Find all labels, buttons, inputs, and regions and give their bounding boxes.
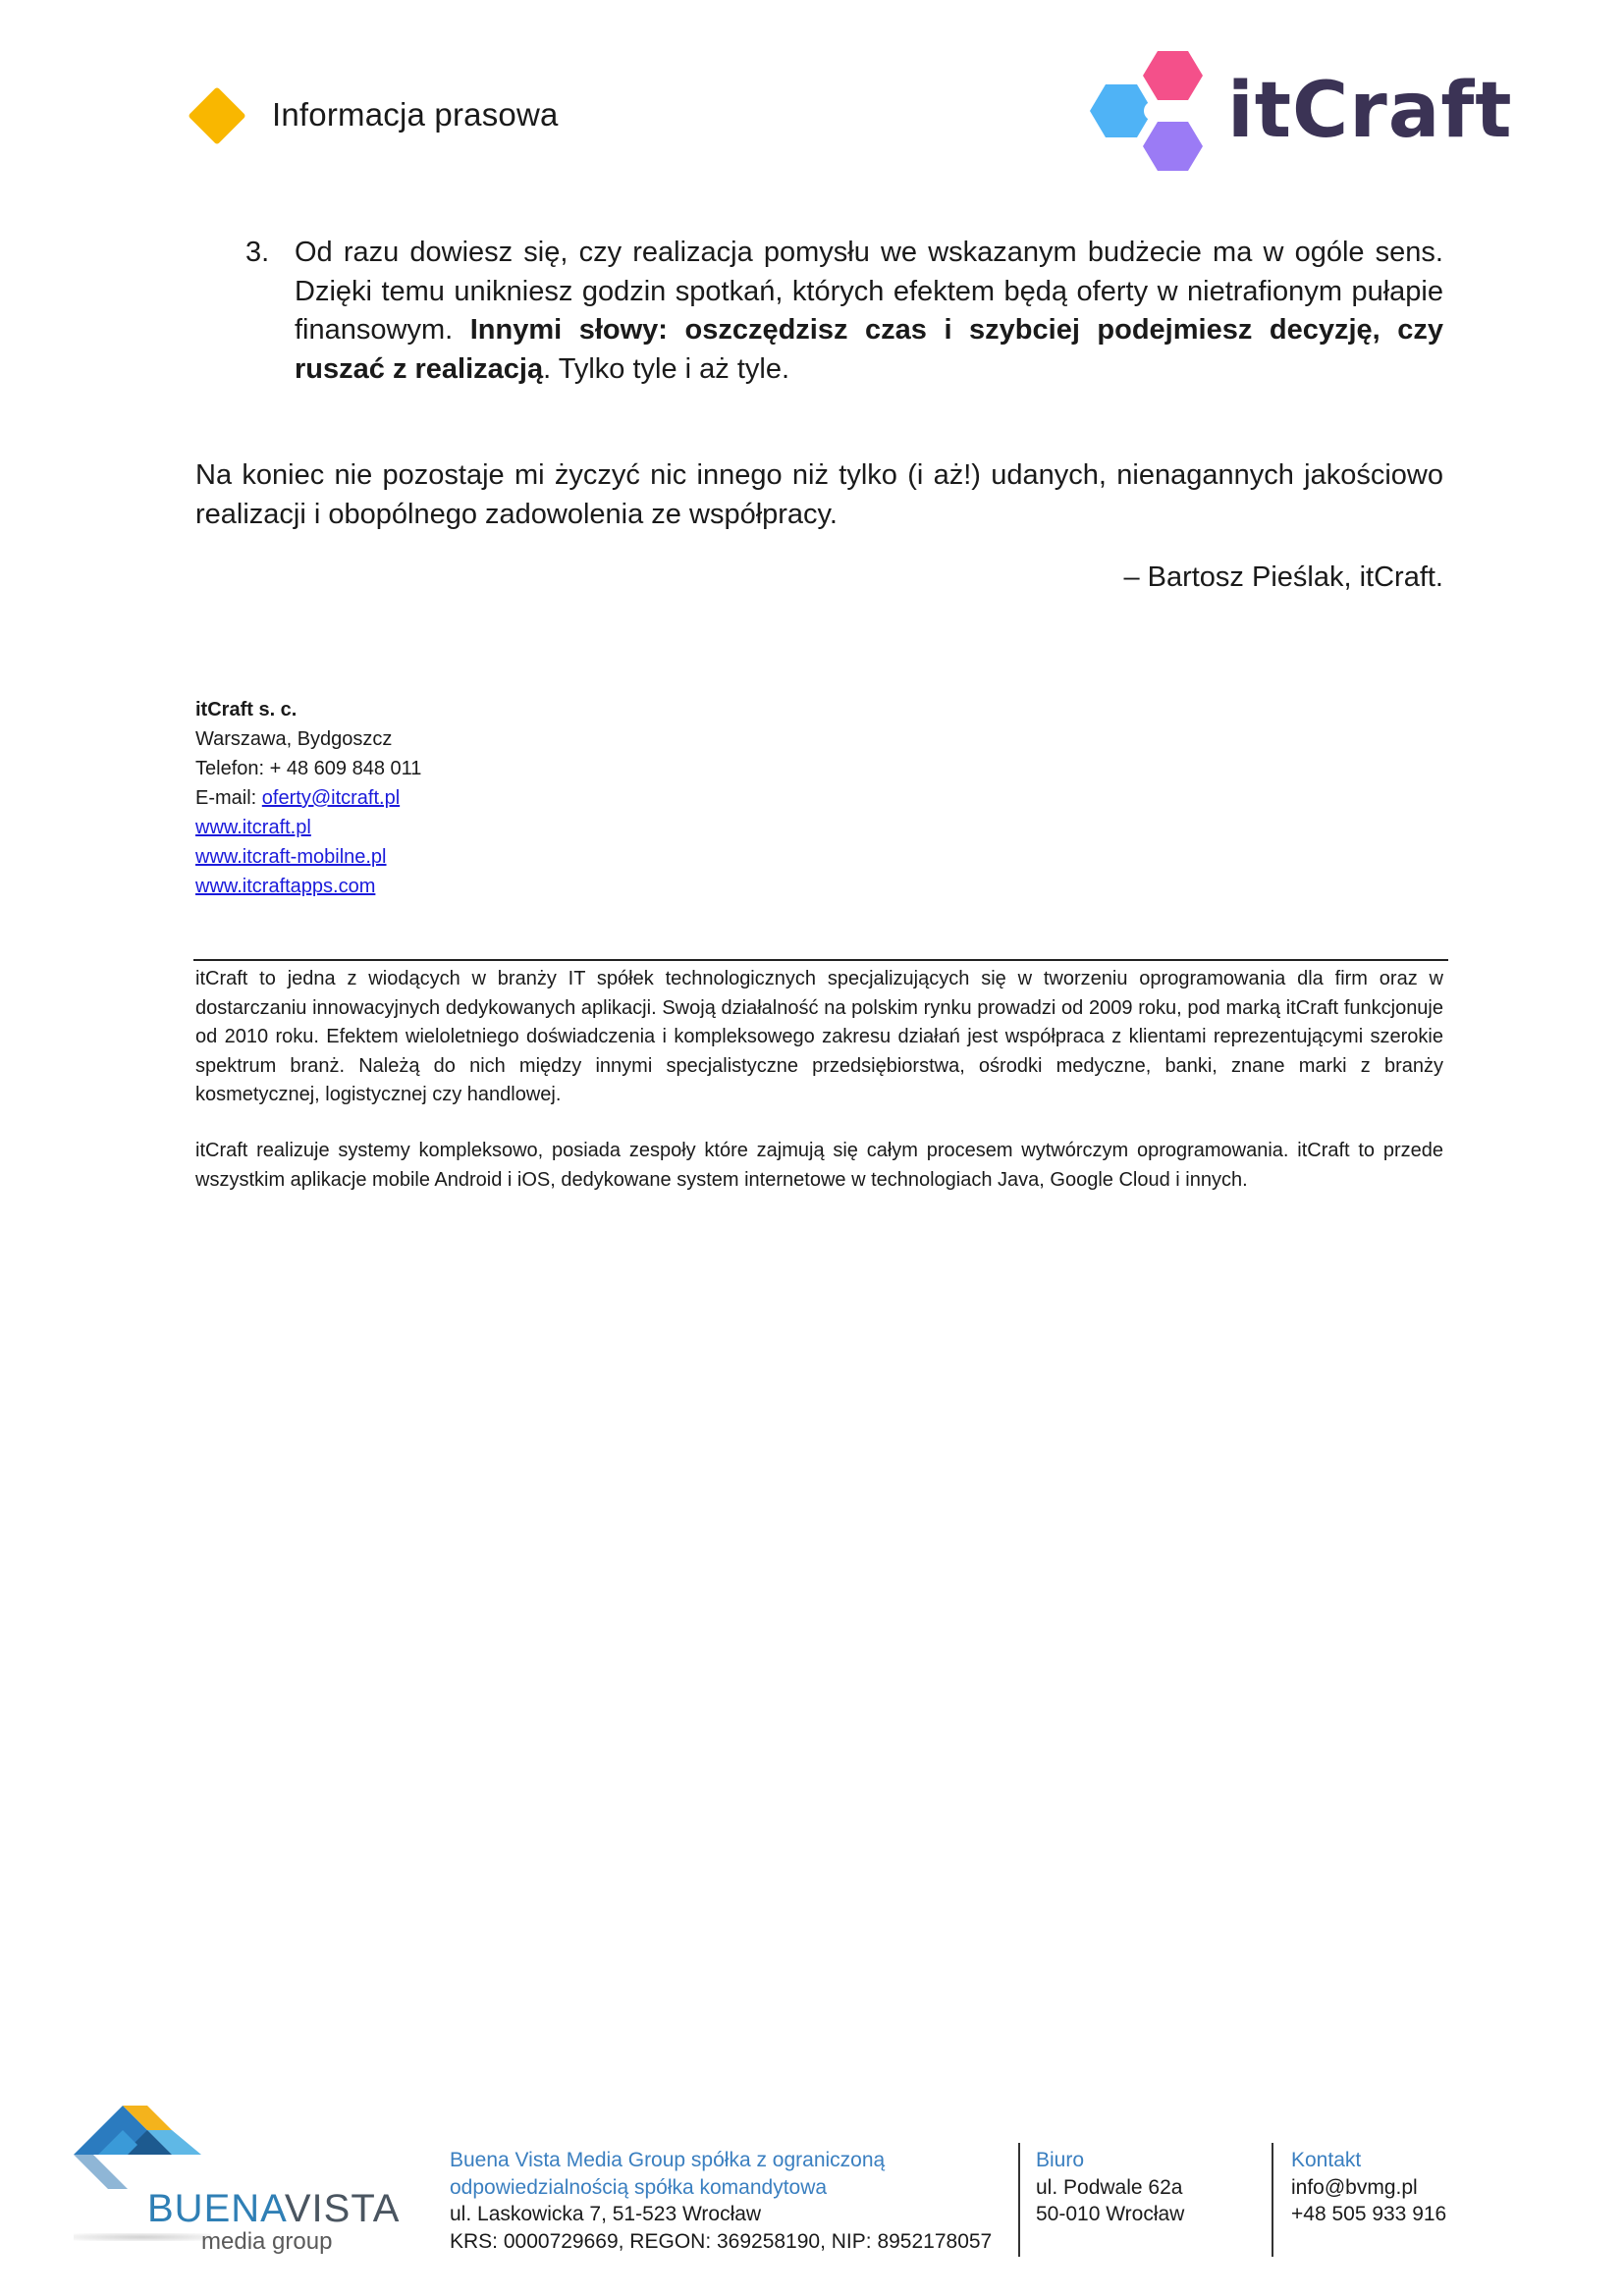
footer-company-name-1: Buena Vista Media Group spółka z ogranic… bbox=[450, 2147, 992, 2174]
website-link-itcraft[interactable]: www.itcraft.pl bbox=[195, 817, 311, 838]
about-paragraph-1: itCraft to jedna z wiodących w branży IT… bbox=[195, 965, 1443, 1110]
about-paragraph-2: itCraft realizuje systemy kompleksowo, p… bbox=[195, 1137, 1443, 1195]
contact-block: itCraft s. c. Warszawa, Bydgoszcz Telefo… bbox=[195, 695, 421, 901]
signature: – Bartosz Pieślak, itCraft. bbox=[1123, 561, 1443, 594]
closing-paragraph: Na koniec nie pozostaje mi życzyć nic in… bbox=[195, 456, 1443, 534]
footer-contact-phone: +48 505 933 916 bbox=[1291, 2201, 1446, 2228]
footer-company-name-2: odpowiedzialnością spółka komandytowa bbox=[450, 2174, 992, 2202]
footer-divider bbox=[1272, 2143, 1273, 2257]
footer-office-label: Biuro bbox=[1036, 2147, 1184, 2174]
section-divider bbox=[193, 959, 1448, 961]
footer-company-info: Buena Vista Media Group spółka z ogranic… bbox=[450, 2147, 992, 2255]
footer-office-info: Biuro ul. Podwale 62a 50-010 Wrocław bbox=[1036, 2147, 1184, 2228]
email-link[interactable]: oferty@itcraft.pl bbox=[262, 787, 400, 809]
company-email-row: E-mail: oferty@itcraft.pl bbox=[195, 783, 421, 813]
website-link-itcraft-mobilne[interactable]: www.itcraft-mobilne.pl bbox=[195, 846, 387, 868]
logo-shadow bbox=[74, 2233, 211, 2241]
diamond-bullet-icon bbox=[188, 86, 245, 144]
logo-subtitle: media group bbox=[201, 2228, 332, 2256]
footer-office-city: 50-010 Wrocław bbox=[1036, 2201, 1184, 2228]
footer-contact-email: info@bvmg.pl bbox=[1291, 2174, 1446, 2202]
email-label: E-mail: bbox=[195, 787, 262, 809]
hexagon-cluster-icon bbox=[1080, 49, 1227, 182]
footer-contact-label: Kontakt bbox=[1291, 2147, 1446, 2174]
website-link-itcraftapps[interactable]: www.itcraftapps.com bbox=[195, 876, 375, 897]
itcraft-logo: itCraft bbox=[1080, 49, 1463, 182]
buenavista-logo: BUENAVISTA media group bbox=[64, 2106, 417, 2253]
company-cities: Warszawa, Bydgoszcz bbox=[195, 724, 421, 754]
list-item-text: Od razu dowiesz się, czy realizacja pomy… bbox=[295, 234, 1443, 389]
logo-wordmark: itCraft bbox=[1227, 67, 1513, 155]
footer-contact-info: Kontakt info@bvmg.pl +48 505 933 916 bbox=[1291, 2147, 1446, 2228]
footer-office-street: ul. Podwale 62a bbox=[1036, 2174, 1184, 2202]
company-name: itCraft s. c. bbox=[195, 695, 421, 724]
footer-company-ids: KRS: 0000729669, REGON: 369258190, NIP: … bbox=[450, 2228, 992, 2256]
company-phone: Telefon: + 48 609 848 011 bbox=[195, 754, 421, 783]
document-type-title: Informacja prasowa bbox=[272, 96, 559, 133]
list-text-tail: . Tylko tyle i aż tyle. bbox=[543, 353, 789, 385]
footer-divider bbox=[1018, 2143, 1020, 2257]
footer-company-address: ul. Laskowicka 7, 51-523 Wrocław bbox=[450, 2201, 992, 2228]
list-number: 3. bbox=[245, 234, 269, 273]
logo-wordmark: BUENAVISTA bbox=[147, 2187, 400, 2231]
